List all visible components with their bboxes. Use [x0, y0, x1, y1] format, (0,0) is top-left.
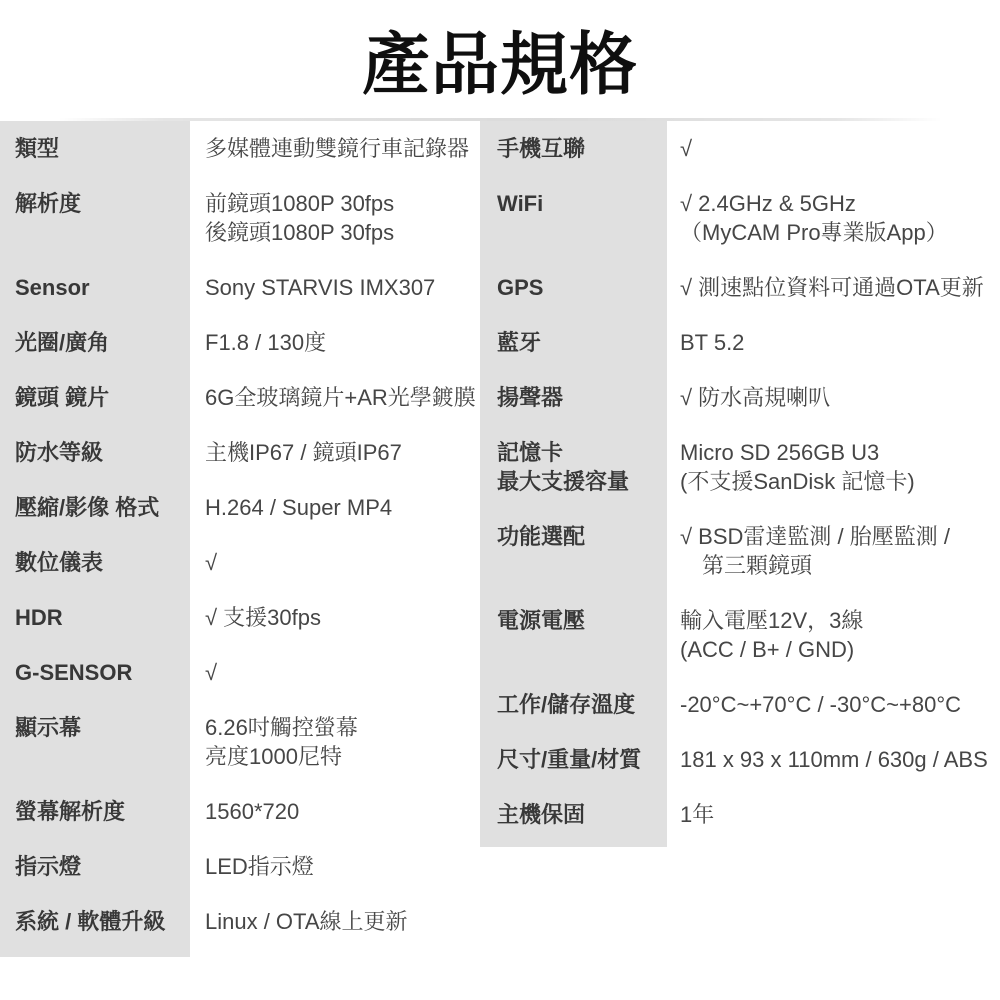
spec-value: Sony STARVIS IMX307	[190, 273, 473, 302]
spec-row: 壓縮/影像 格式H.264 / Super MP4	[0, 480, 473, 535]
spec-value: √ 測速點位資料可通過OTA更新	[667, 273, 1000, 302]
spec-label: 工作/儲存溫度	[480, 690, 667, 719]
spec-value: 前鏡頭1080P 30fps 後鏡頭1080P 30fps	[190, 189, 473, 247]
spec-value: Micro SD 256GB U3 (不支援SanDisk 記憶卡)	[667, 438, 1000, 496]
spec-value: 主機IP67 / 鏡頭IP67	[190, 438, 473, 467]
spec-label: 尺寸/重量/材質	[480, 745, 667, 774]
spec-value: BT 5.2	[667, 328, 1000, 357]
spec-row: 電源電壓輸入電壓12V，3線 (ACC / B+ / GND)	[480, 593, 1000, 677]
spec-label: 系統 / 軟體升級	[0, 907, 190, 936]
spec-label: 揚聲器	[480, 383, 667, 412]
spec-row: WiFi√ 2.4GHz & 5GHz （MyCAM Pro專業版App）	[480, 176, 1000, 260]
spec-value: LED指示燈	[190, 852, 473, 881]
spec-value: F1.8 / 130度	[190, 328, 473, 357]
spec-label: 類型	[0, 134, 190, 163]
spec-value: 輸入電壓12V，3線 (ACC / B+ / GND)	[667, 606, 1000, 664]
spec-label: 電源電壓	[480, 606, 667, 635]
spec-label: G-SENSOR	[0, 658, 190, 687]
spec-value: √ 2.4GHz & 5GHz （MyCAM Pro專業版App）	[667, 189, 1000, 247]
spec-row: 記憶卡 最大支援容量Micro SD 256GB U3 (不支援SanDisk …	[480, 425, 1000, 509]
spec-row: 主機保固1年	[480, 787, 1000, 842]
spec-label: 手機互聯	[480, 134, 667, 163]
spec-value: 多媒體連動雙鏡行車記錄器	[190, 134, 473, 163]
spec-row: 光圈/廣角F1.8 / 130度	[0, 315, 473, 370]
spec-row: 功能選配√ BSD雷達監測 / 胎壓監測 / 第三顆鏡頭	[480, 509, 1000, 593]
spec-label: 顯示幕	[0, 713, 190, 742]
page-title: 產品規格	[0, 26, 1000, 104]
spec-label: 功能選配	[480, 522, 667, 551]
spec-value: 181 x 93 x 110mm / 630g / ABS	[667, 745, 1000, 774]
spec-value: 6G全玻璃鏡片+AR光學鍍膜	[190, 383, 476, 412]
spec-label: 螢幕解析度	[0, 797, 190, 826]
spec-row: 工作/儲存溫度-20°C~+70°C / -30°C~+80°C	[480, 677, 1000, 732]
spec-label: 鏡頭 鏡片	[0, 383, 190, 412]
spec-row: 防水等級主機IP67 / 鏡頭IP67	[0, 425, 473, 480]
spec-value: √ 防水高規喇叭	[667, 383, 1000, 412]
spec-row: 揚聲器√ 防水高規喇叭	[480, 370, 1000, 425]
spec-value: 1年	[667, 800, 1000, 829]
spec-section-right: 手機互聯√ WiFi√ 2.4GHz & 5GHz （MyCAM Pro專業版A…	[480, 121, 1000, 847]
spec-value: 6.26吋觸控螢幕 亮度1000尼特	[190, 713, 473, 771]
spec-row: G-SENSOR√	[0, 645, 473, 700]
spec-row: 螢幕解析度1560*720	[0, 784, 473, 839]
spec-value: -20°C~+70°C / -30°C~+80°C	[667, 690, 1000, 719]
spec-row: SensorSony STARVIS IMX307	[0, 260, 473, 315]
spec-label: 壓縮/影像 格式	[0, 493, 190, 522]
spec-row: 數位儀表√	[0, 535, 473, 590]
spec-label: 藍牙	[480, 328, 667, 357]
spec-value: √	[667, 134, 1000, 163]
spec-row: 顯示幕6.26吋觸控螢幕 亮度1000尼特	[0, 700, 473, 784]
spec-section-left: 類型多媒體連動雙鏡行車記錄器 解析度前鏡頭1080P 30fps 後鏡頭1080…	[0, 121, 473, 957]
spec-label: 解析度	[0, 189, 190, 218]
spec-row: 系統 / 軟體升級Linux / OTA線上更新	[0, 894, 473, 949]
spec-value: √	[190, 548, 473, 577]
spec-row: 解析度前鏡頭1080P 30fps 後鏡頭1080P 30fps	[0, 176, 473, 260]
spec-value: √ 支援30fps	[190, 603, 473, 632]
spec-row: 藍牙BT 5.2	[480, 315, 1000, 370]
spec-value: √ BSD雷達監測 / 胎壓監測 / 第三顆鏡頭	[667, 522, 1000, 580]
spec-label: 記憶卡 最大支援容量	[480, 438, 667, 496]
spec-label: GPS	[480, 273, 667, 302]
spec-row: GPS√ 測速點位資料可通過OTA更新	[480, 260, 1000, 315]
spec-label: HDR	[0, 603, 190, 632]
spec-label: 數位儀表	[0, 548, 190, 577]
spec-value: √	[190, 658, 473, 687]
spec-label: WiFi	[480, 189, 667, 218]
spec-label: 防水等級	[0, 438, 190, 467]
spec-row: 尺寸/重量/材質181 x 93 x 110mm / 630g / ABS	[480, 732, 1000, 787]
spec-row: 類型多媒體連動雙鏡行車記錄器	[0, 121, 473, 176]
spec-value: 1560*720	[190, 797, 473, 826]
spec-label: 指示燈	[0, 852, 190, 881]
spec-row: 鏡頭 鏡片6G全玻璃鏡片+AR光學鍍膜	[0, 370, 473, 425]
spec-row: 指示燈LED指示燈	[0, 839, 473, 894]
spec-label: 主機保固	[480, 800, 667, 829]
spec-sheet-page: 產品規格 類型多媒體連動雙鏡行車記錄器 解析度前鏡頭1080P 30fps 後鏡…	[0, 0, 1000, 1000]
spec-value: Linux / OTA線上更新	[190, 907, 473, 936]
spec-label: Sensor	[0, 273, 190, 302]
spec-row: 手機互聯√	[480, 121, 1000, 176]
spec-value: H.264 / Super MP4	[190, 493, 473, 522]
spec-label: 光圈/廣角	[0, 328, 190, 357]
spec-row: HDR√ 支援30fps	[0, 590, 473, 645]
